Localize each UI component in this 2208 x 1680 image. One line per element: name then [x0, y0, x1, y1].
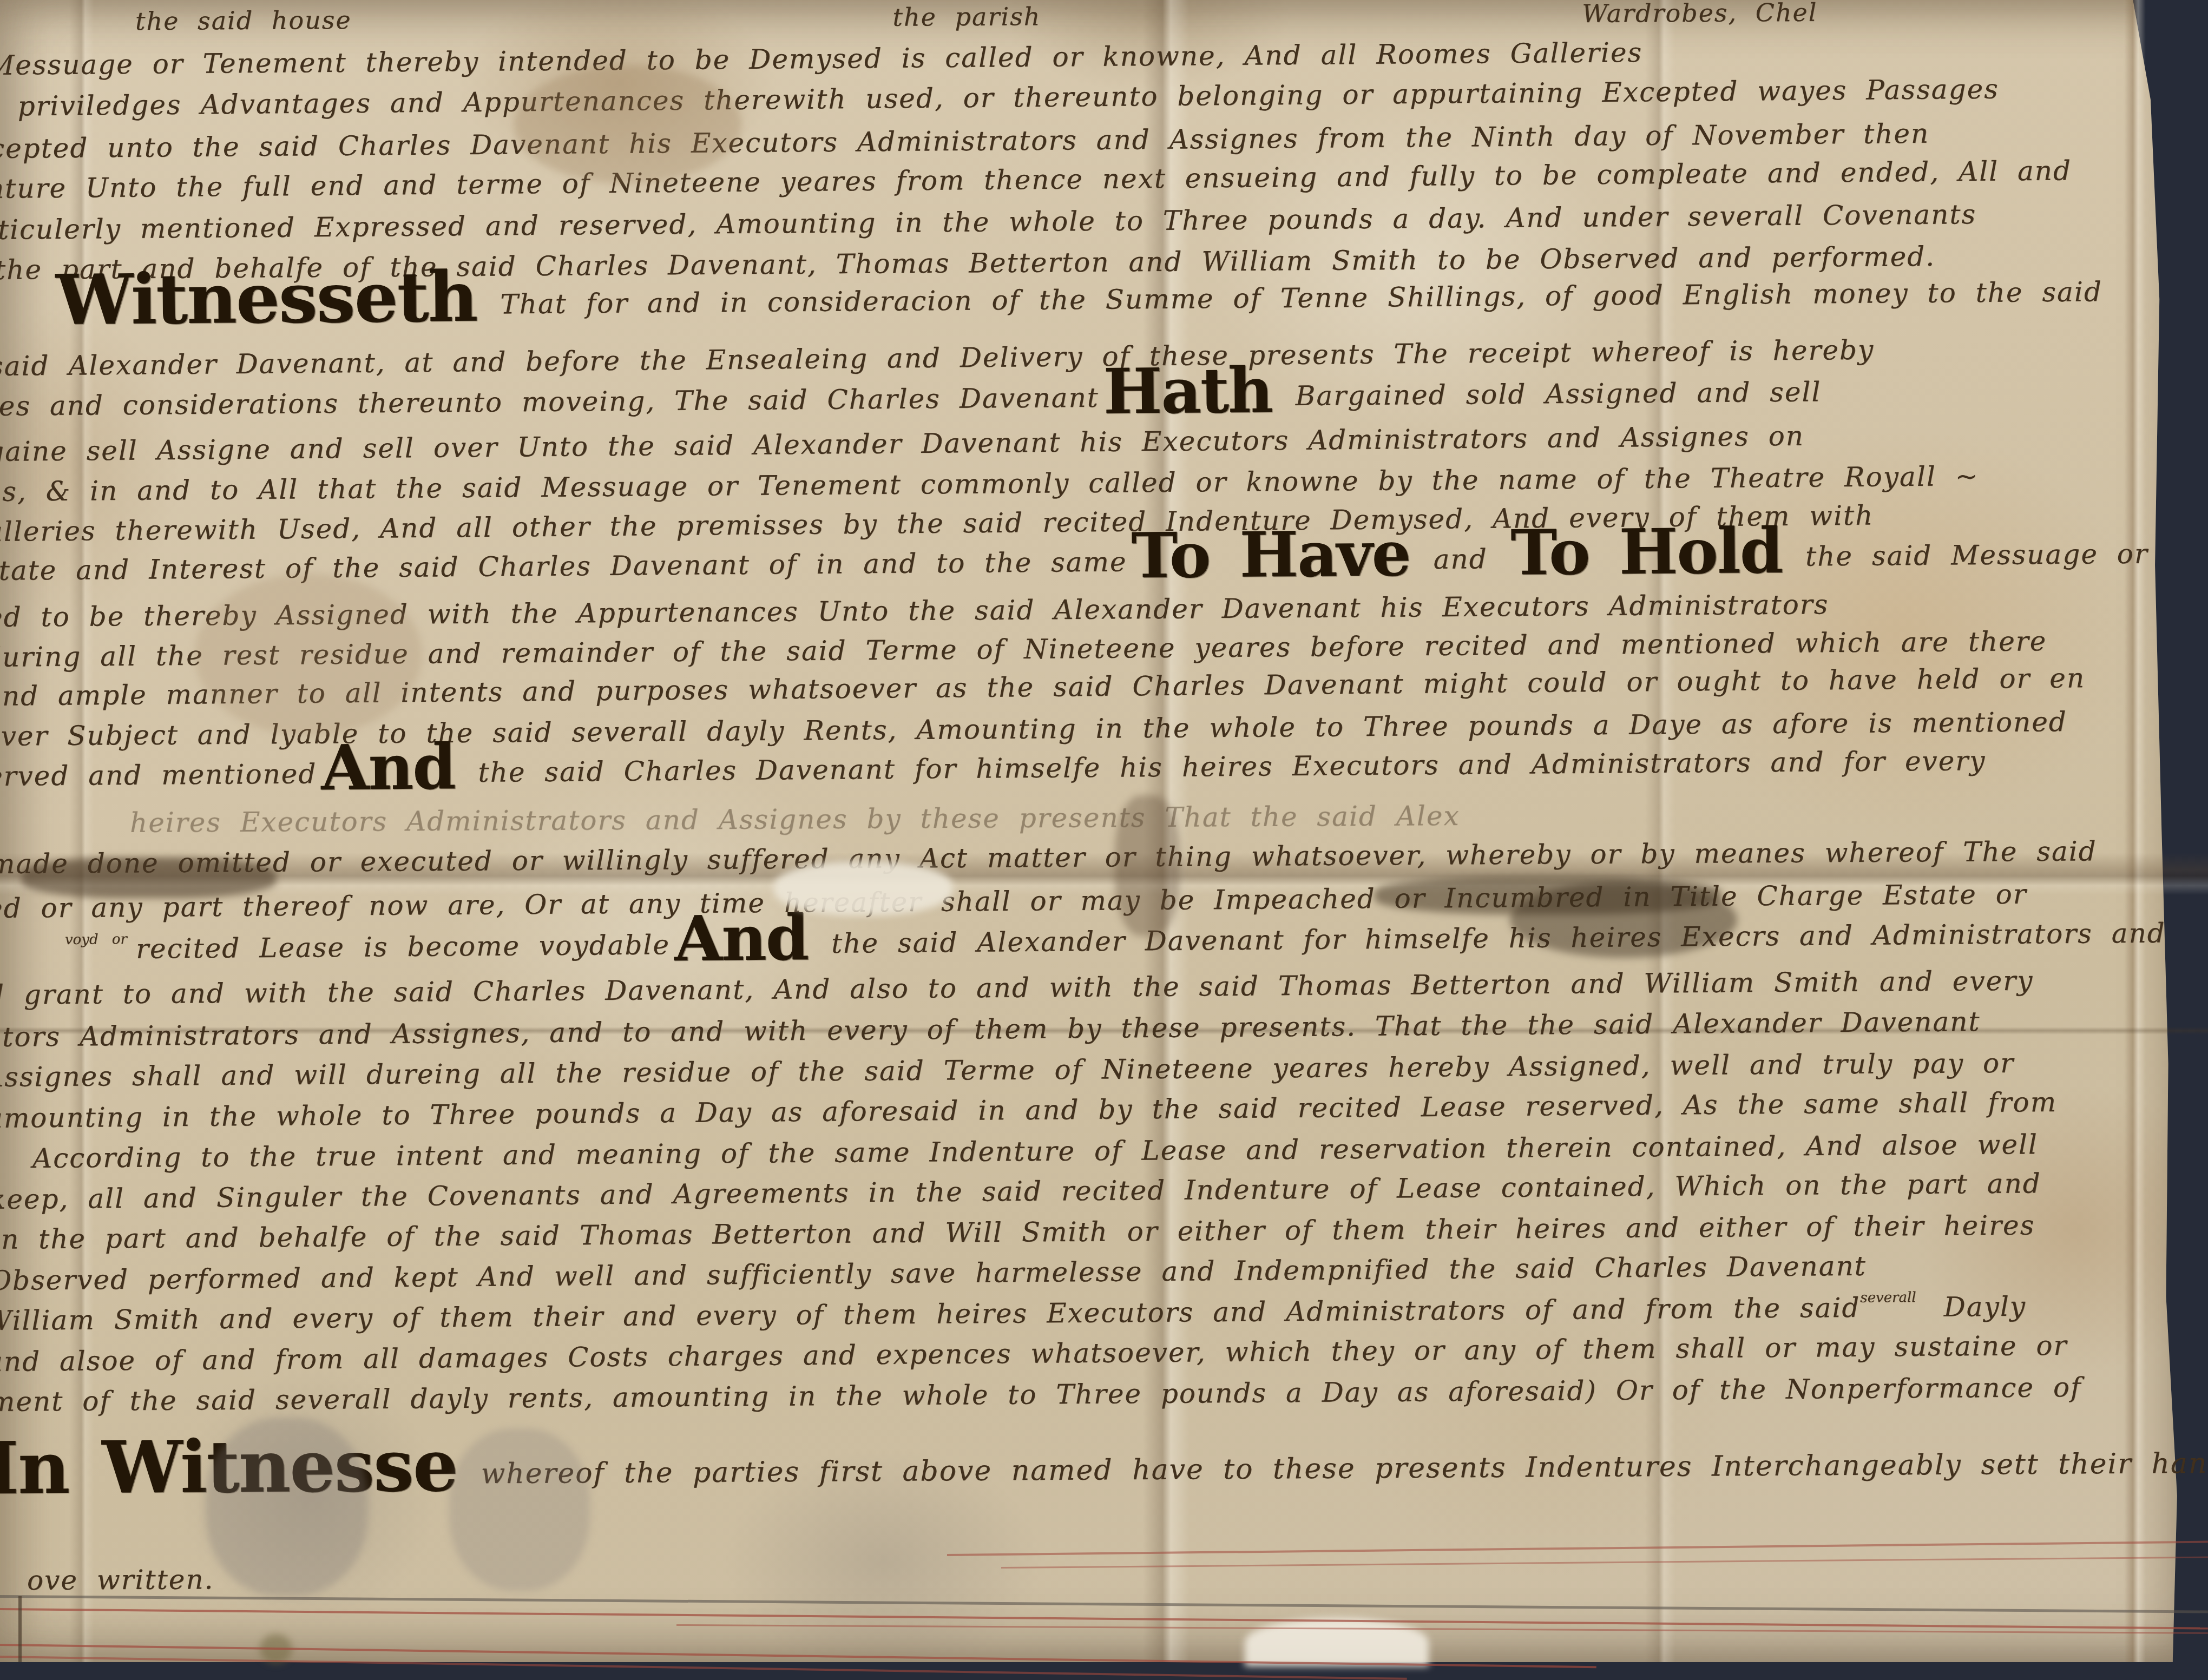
display-word: In Witnesse — [0, 1424, 458, 1511]
script-text: Assignes shall and will dureing all the … — [0, 1047, 2014, 1093]
manuscript-line-5: nture Unto the full end and terme of Nin… — [0, 155, 2072, 205]
script-text: ment of the said severall dayly rents, a… — [0, 1372, 2082, 1418]
manuscript-line-28: According to the true intent and meaning… — [32, 1129, 2038, 1174]
script-text: whereof the parties first above named ha… — [462, 1447, 2208, 1491]
manuscript-line-36: ove written. — [27, 1564, 214, 1596]
script-text: ever Subject and lyable to the said seve… — [0, 706, 2067, 752]
manuscript-line-35: In Witnesse whereof the parties first ab… — [0, 1447, 2208, 1493]
manuscript-line-10: ses and considerations thereunto moveing… — [0, 376, 1822, 422]
script-text: William Smith and every of them their an… — [0, 1292, 1861, 1336]
manuscript-line-6: rticulerly mentioned Expressed and reser… — [0, 199, 1976, 246]
script-text: Wardrobes, Chel — [1582, 0, 1817, 28]
script-text: ed or any part thereof now are, Or at an… — [0, 879, 2027, 924]
script-text: d grant to and with the said Charles Dav… — [0, 965, 2034, 1011]
script-text: Dayly — [1925, 1291, 2027, 1323]
manuscript-line-33: and alsoe of and from all damages Costs … — [0, 1330, 2068, 1378]
script-text: ses and considerations thereunto moveing… — [0, 382, 1099, 422]
manuscript-line-27: amounting in the whole to Three pounds a… — [0, 1086, 2057, 1134]
manuscript-line-31: Observed performed and kept And well and… — [0, 1250, 1867, 1296]
manuscript-photo: the said housethe parishWardrobes, ChelM… — [0, 0, 2208, 1662]
manuscript-line-1: the said housethe parishWardrobes, Chel — [135, 0, 1818, 36]
manuscript-line-23: voyd orrecited Lease is become voydableA… — [65, 918, 2166, 965]
script-text: Bargained sold Assigned and sell — [1276, 376, 1821, 412]
script-text: cepted unto the said Charles Davenant hi… — [0, 118, 1929, 164]
manuscript-line-34: ment of the said severall dayly rents, a… — [0, 1372, 2082, 1418]
manuscript-line-4: cepted unto the said Charles Davenant hi… — [0, 118, 1929, 164]
manuscript-line-15: ed to be thereby Assigned with the Appur… — [0, 589, 1829, 633]
script-text: made done omitted or executed or willing… — [0, 835, 2097, 880]
manuscript-line-19: erved and mentionedAnd the said Charles … — [0, 745, 1986, 792]
script-text: recited Lease is become voydable — [136, 929, 670, 965]
manuscript-text-block: the said housethe parishWardrobes, ChelM… — [0, 0, 2208, 1662]
script-text: s priviledges Advantages and Appurtenanc… — [0, 74, 1999, 122]
script-text: ns, & in and to All that the said Messua… — [0, 460, 1979, 508]
manuscript-line-11: gaine sell Assigne and sell over Unto th… — [0, 420, 1804, 467]
script-text: That for and in consideracion of the Sum… — [481, 276, 2102, 320]
manuscript-line-29: keep, all and Singuler the Covenants and… — [0, 1168, 2041, 1215]
manuscript-line-22: ed or any part thereof now are, Or at an… — [0, 879, 2027, 924]
manuscript-line-12: ns, & in and to All that the said Messua… — [0, 460, 1979, 508]
script-text: the said Messuage or — [1786, 538, 2148, 572]
script-text: ed to be thereby Assigned with the Appur… — [0, 589, 1829, 633]
script-text: the said Charles Davenant for himselfe h… — [459, 745, 1986, 788]
script-text: said Alexander Davenant, at and before t… — [0, 334, 1874, 382]
script-text: ove written. — [27, 1564, 214, 1596]
script-text: Observed performed and kept And well and… — [0, 1250, 1867, 1296]
display-word: And — [321, 730, 455, 805]
script-text: on the part and behalfe of the said Thom… — [0, 1210, 2035, 1255]
script-text: nture Unto the full end and terme of Nin… — [0, 155, 2072, 205]
display-word: To Hold — [1510, 514, 1783, 589]
manuscript-line-20: heires Executors Administrators and Assi… — [130, 800, 1460, 839]
manuscript-line-18: ever Subject and lyable to the said seve… — [0, 706, 2067, 752]
script-text: the said Alexander Davenant for himselfe… — [812, 918, 2166, 960]
script-text: the said house — [135, 5, 352, 36]
manuscript-line-25: ntors Administrators and Assignes, and t… — [0, 1006, 1981, 1053]
script-text: gaine sell Assigne and sell over Unto th… — [0, 420, 1804, 467]
script-text: Messuage or Tenement thereby intended to… — [0, 37, 1642, 81]
script-text: the parish — [892, 2, 1041, 31]
manuscript-line-21: made done omitted or executed or willing… — [0, 835, 2097, 880]
manuscript-line-14: state and Interest of the said Charles D… — [0, 538, 2148, 587]
manuscript-line-26: Assignes shall and will dureing all the … — [0, 1047, 2014, 1093]
manuscript-line-24: d grant to and with the said Charles Dav… — [0, 965, 2034, 1011]
script-text: erved and mentioned — [0, 758, 317, 792]
script-text: rticulerly mentioned Expressed and reser… — [0, 199, 1976, 246]
script-text: According to the true intent and meaning… — [32, 1129, 2038, 1174]
interlinear-insertion: severall — [1860, 1289, 1916, 1306]
display-word: Witnesseth — [55, 256, 477, 341]
manuscript-line-9: said Alexander Davenant, at and before t… — [0, 334, 1874, 382]
script-text: and — [1415, 543, 1507, 575]
display-word: And — [674, 901, 808, 976]
manuscript-line-8: Witnesseth That for and in consideracion… — [51, 276, 2102, 324]
script-text: amounting in the whole to Three pounds a… — [0, 1086, 2057, 1134]
manuscript-line-2: Messuage or Tenement thereby intended to… — [0, 37, 1642, 81]
script-text: state and Interest of the said Charles D… — [0, 546, 1127, 587]
display-word: Hath — [1103, 354, 1272, 428]
script-text: keep, all and Singuler the Covenants and… — [0, 1168, 2041, 1215]
display-word: To Have — [1131, 517, 1410, 592]
manuscript-line-30: on the part and behalfe of the said Thom… — [0, 1210, 2035, 1255]
script-text: ntors Administrators and Assignes, and t… — [0, 1006, 1981, 1053]
interlinear-insertion: voyd or — [65, 931, 127, 948]
manuscript-line-3: s priviledges Advantages and Appurtenanc… — [0, 74, 1999, 122]
script-text: heires Executors Administrators and Assi… — [130, 800, 1460, 839]
script-text: and alsoe of and from all damages Costs … — [0, 1330, 2068, 1378]
manuscript-line-32: William Smith and every of them their an… — [0, 1291, 2026, 1336]
